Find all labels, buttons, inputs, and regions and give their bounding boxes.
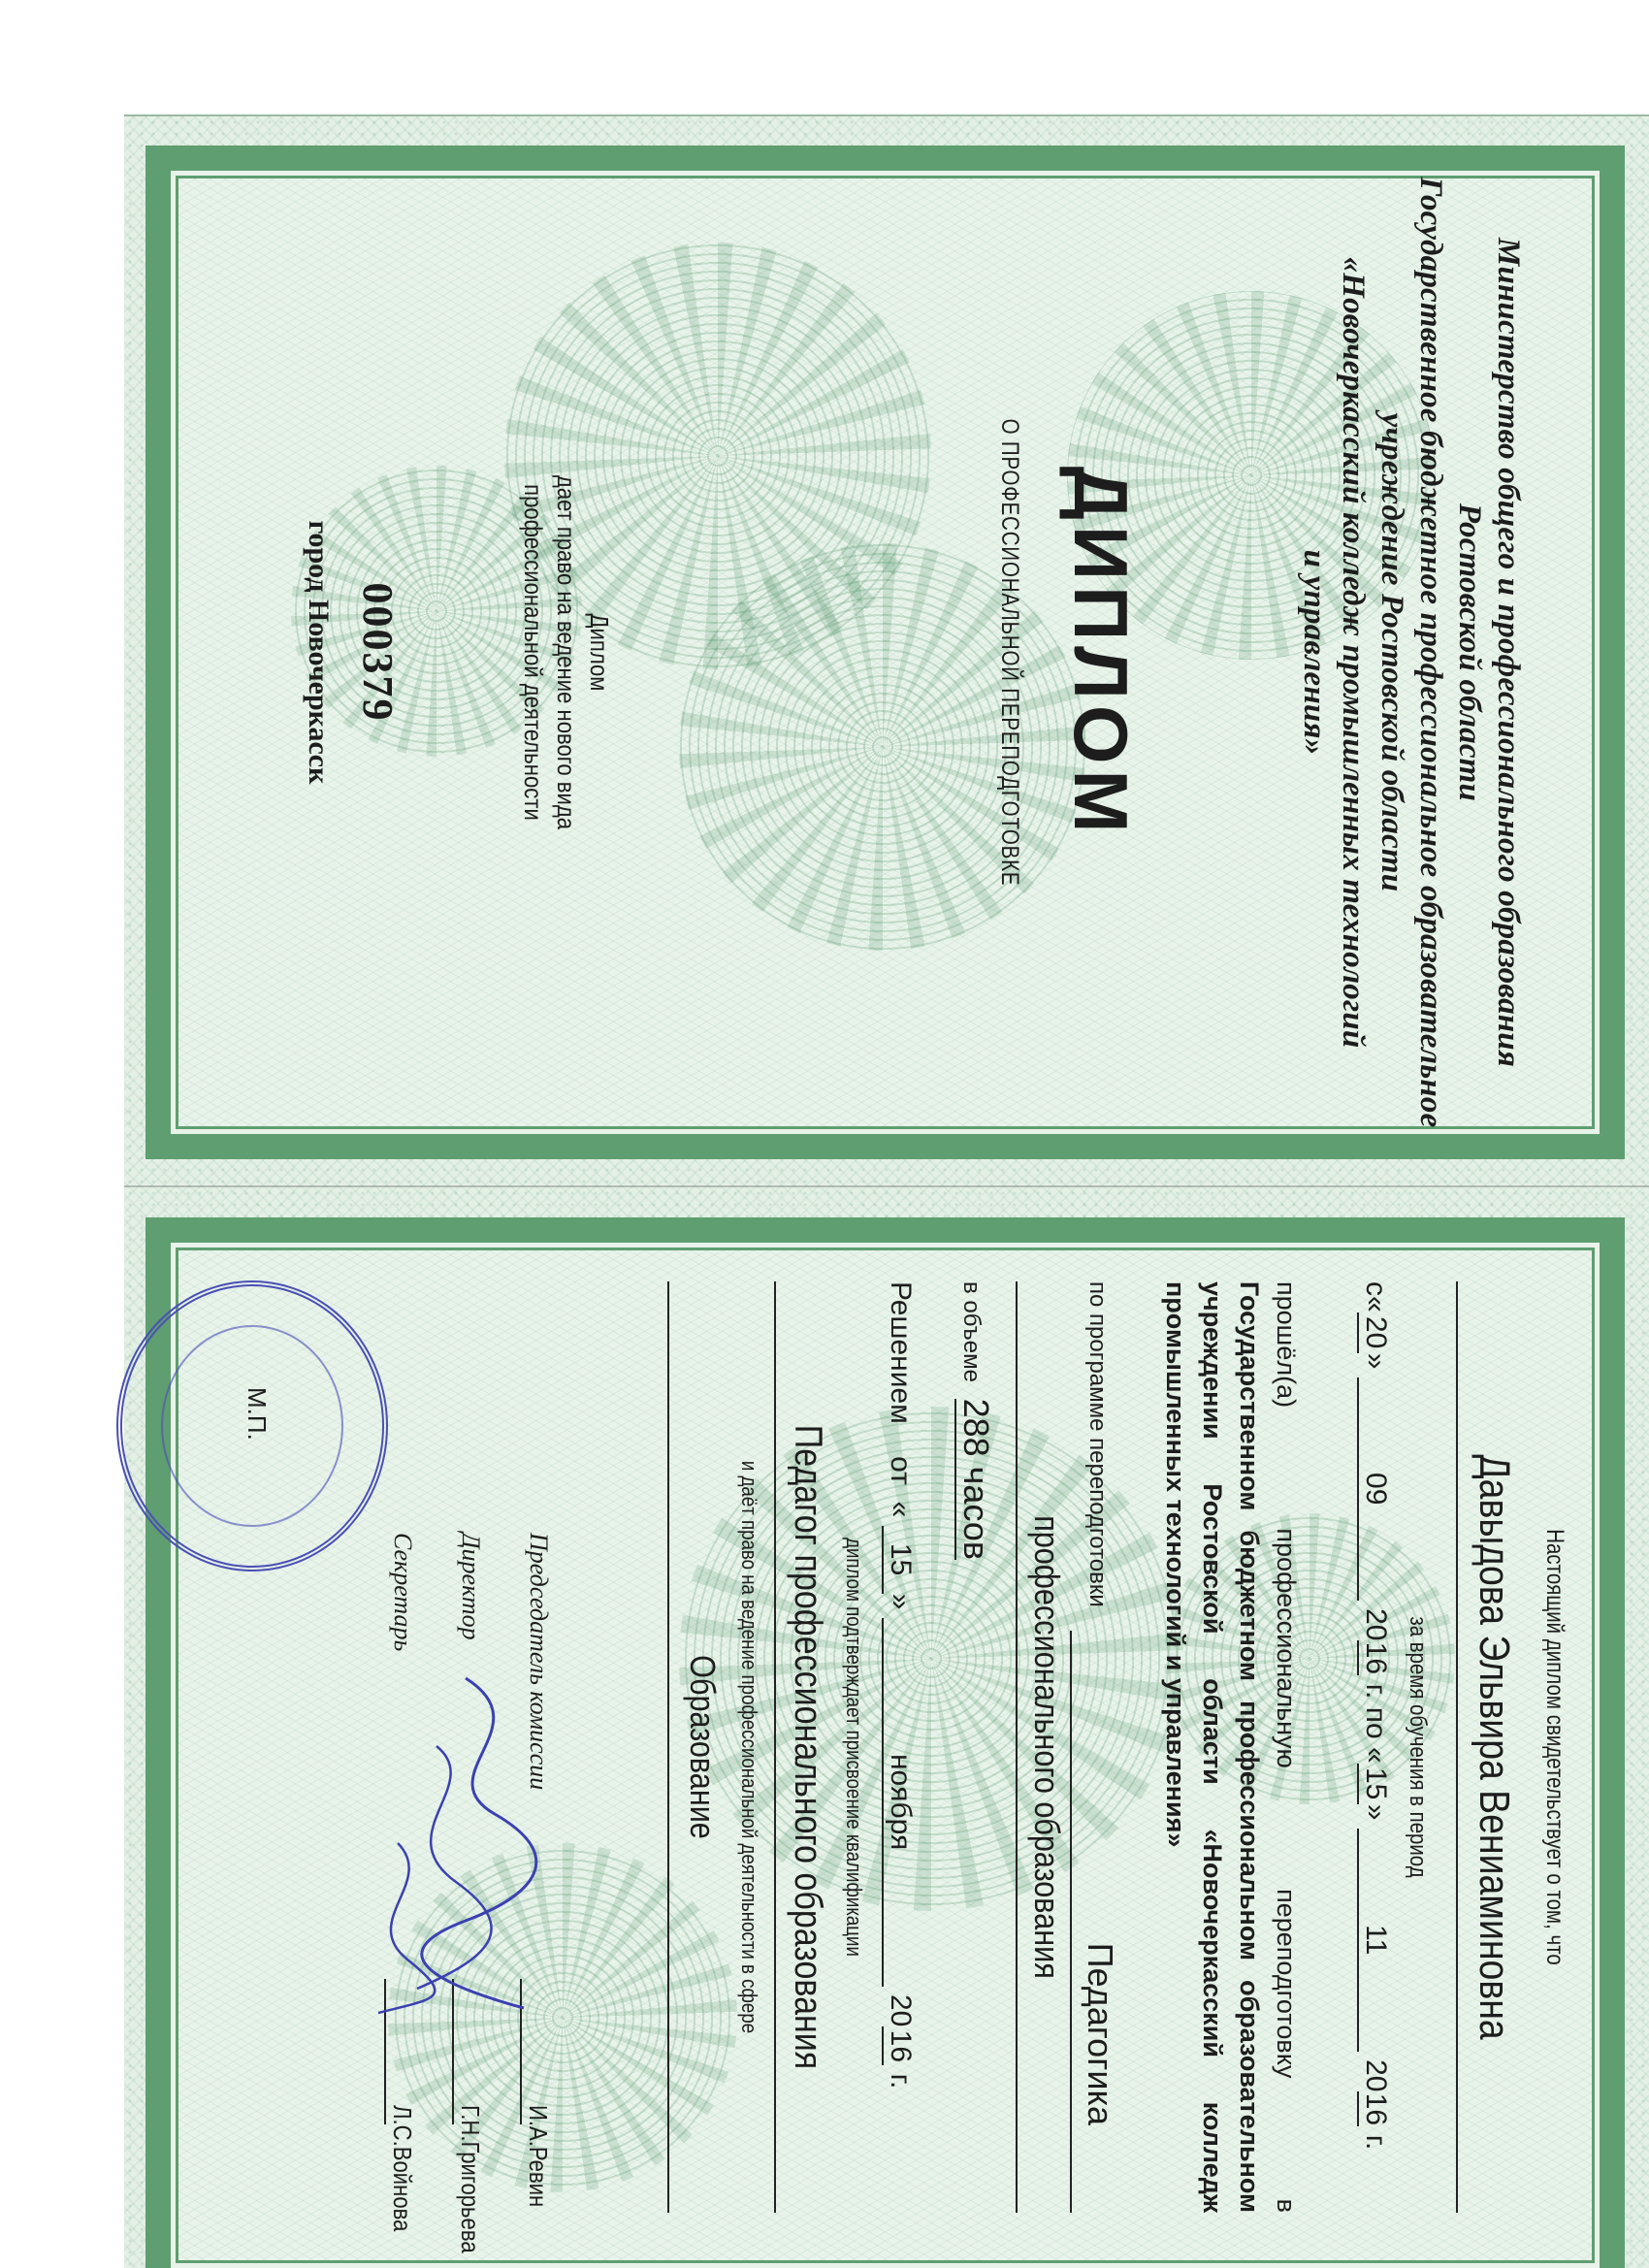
from-year: 16: [1357, 1640, 1392, 1675]
handwritten-signature-icon: [349, 1669, 582, 2018]
volume-value: 288 часов: [954, 1399, 996, 1560]
header-line: Ростовской области: [1450, 171, 1489, 1134]
sphere-underline: [667, 1281, 669, 2213]
qualification-underline: [774, 1281, 776, 2213]
recipient-name: Давыдова Эльвира Вениаминовна: [1470, 1351, 1518, 2143]
program-name-line-1: Педагогика: [1080, 1281, 1120, 2213]
to-day: 15: [1357, 1764, 1392, 1804]
fold-line: [124, 1185, 1649, 1187]
qualification: Педагог профессионального образования: [786, 1351, 829, 2143]
header-line: и управления»: [1295, 171, 1334, 1134]
period-label: за время обучения в период: [1404, 1351, 1431, 2143]
program-underline: [1070, 1631, 1072, 2213]
signatory-role: Директор: [456, 1533, 485, 1640]
signature-block: М.П. Председатель комиссии И.А.Ревин Дир…: [213, 1242, 582, 2251]
to-month: 11: [1357, 1829, 1392, 2052]
to-year: 16: [1357, 2091, 1392, 2126]
diploma-title: ДИПЛОМ: [1062, 171, 1140, 1134]
institution-paragraph: прошёл(а) профессиональную переподготовк…: [1157, 1281, 1305, 2213]
stamp-label: М.П.: [242, 1387, 272, 1441]
decision-year: 16: [882, 2026, 917, 2065]
grants-text: и даёт право на ведение профессиональной…: [736, 1351, 761, 2143]
rights-line: Диплом: [583, 243, 616, 1061]
volume-label: в объеме: [958, 1281, 985, 1382]
signatory-role: Секретарь: [388, 1533, 417, 1651]
study-period: с«20» 09 2016 г. по «15» 11 2016 г.: [1357, 1281, 1392, 2213]
diploma-subtitle: О ПРОФЕССИОНАЛЬНОЙ ПЕРЕПОДГОТОВКЕ: [995, 257, 1023, 1047]
name-underline: [1456, 1281, 1458, 2213]
institution-header: Министерство общего и профессионального …: [1295, 171, 1528, 1134]
rights-statement: Диплом дает право на ведение нового вида…: [517, 243, 616, 1061]
from-day: 20: [1357, 1312, 1392, 1353]
intro-text: Настоящий диплом свидетельствует о том, …: [1540, 1365, 1568, 2128]
signatory-name: Г.Н.Григорьева: [455, 2105, 485, 2253]
institution-name: Государственном бюджетном профессиональн…: [1157, 1281, 1268, 2213]
rights-line: дает право на ведение нового вида: [550, 243, 583, 1061]
passed-line: прошёл(а) профессиональную переподготовк…: [1268, 1281, 1305, 2213]
from-month: 09: [1357, 1377, 1392, 1601]
program-underline-2: [1016, 1281, 1018, 2213]
activity-sphere: Образование: [682, 1351, 723, 2143]
issue-city: город Новочеркасск: [302, 171, 335, 1134]
header-line: Государственное бюджетное профессиональн…: [1411, 171, 1450, 1134]
decision-date: Решением от « 15» ноября 2016 г.: [882, 1281, 917, 2213]
decision-month: ноября: [882, 1618, 917, 1987]
header-line: «Новочеркасский колледж промышленных тех…: [1334, 171, 1373, 1134]
qualification-confirmation: диплом подтверждает присвоение квалифика…: [841, 1351, 866, 2143]
serial-number: 000379: [353, 171, 403, 1134]
cover-content: Министерство общего и профессионального …: [170, 171, 1596, 1134]
volume: в объеме 288 часов: [955, 1281, 996, 2213]
signatory-name: И.А.Ревин: [523, 2105, 553, 2207]
program-name-line-2: профессионального образования: [1026, 1351, 1067, 2143]
header-line: Министерство общего и профессионального …: [1489, 171, 1528, 1134]
header-line: учреждение Ростовской области: [1373, 171, 1411, 1134]
rights-line: профессиональной деятельности: [517, 243, 550, 1061]
signatory-name: Л.С.Войнова: [387, 2105, 417, 2231]
decision-day: 15: [882, 1526, 917, 1594]
